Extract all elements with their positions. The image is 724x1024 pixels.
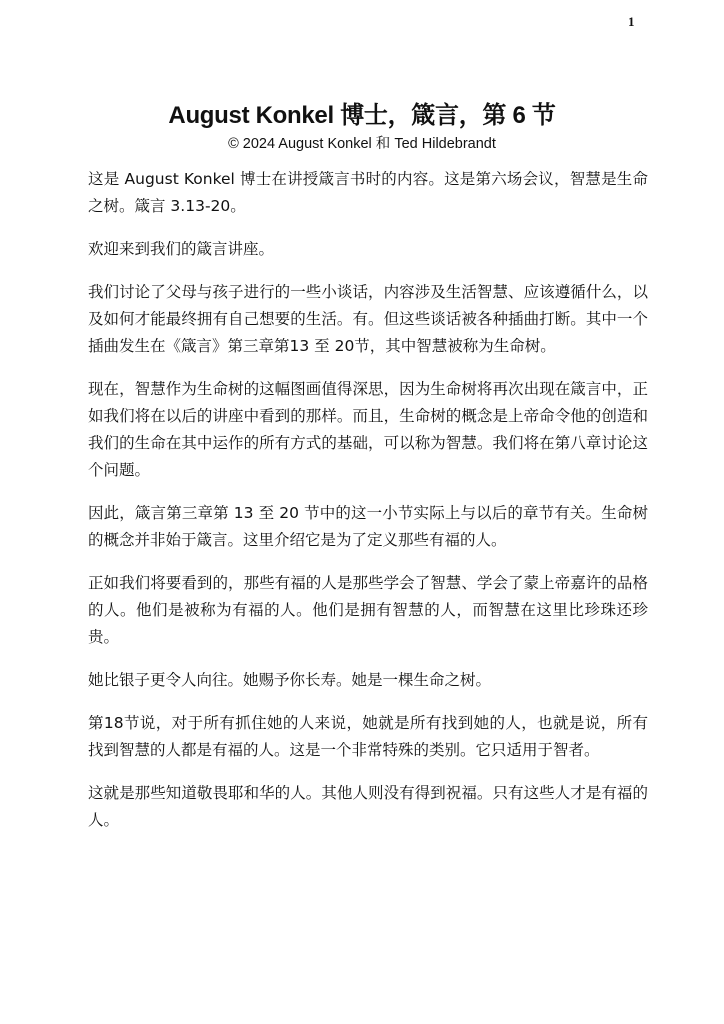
paragraph-more-desirable: 她比银子更令人向往。她赐予你长寿。她是一棵生命之树。 [88, 667, 648, 694]
paragraph-discussion: 我们讨论了父母与孩子进行的一些小谈话，内容涉及生活智慧、应该遵循什么，以及如何才… [88, 279, 648, 360]
document-title: August Konkel 博士，箴言，第 6 节 [0, 95, 724, 130]
document-body: 这是 August Konkel 博士在讲授箴言书时的内容。这是第六场会议，智慧… [88, 166, 648, 850]
paragraph-section-relation: 因此，箴言第三章第 13 至 20 节中的这一小节实际上与以后的章节有关。生命树… [88, 500, 648, 554]
paragraph-blessed-ones: 正如我们将要看到的，那些有福的人是那些学会了智慧、学会了蒙上帝嘉许的品格的人。他… [88, 570, 648, 651]
paragraph-intro: 这是 August Konkel 博士在讲授箴言书时的内容。这是第六场会议，智慧… [88, 166, 648, 220]
paragraph-fear-of-lord: 这就是那些知道敬畏耶和华的人。其他人则没有得到祝福。只有这些人才是有福的人。 [88, 780, 648, 834]
paragraph-welcome: 欢迎来到我们的箴言讲座。 [88, 236, 648, 263]
page-number: 1 [628, 14, 635, 30]
paragraph-tree-of-life: 现在，智慧作为生命树的这幅图画值得深思，因为生命树将再次出现在箴言中，正如我们将… [88, 376, 648, 484]
paragraph-verse-18: 第18节说，对于所有抓住她的人来说，她就是所有找到她的人，也就是说，所有找到智慧… [88, 710, 648, 764]
copyright-line: © 2024 August Konkel 和 Ted Hildebrandt [0, 132, 724, 153]
